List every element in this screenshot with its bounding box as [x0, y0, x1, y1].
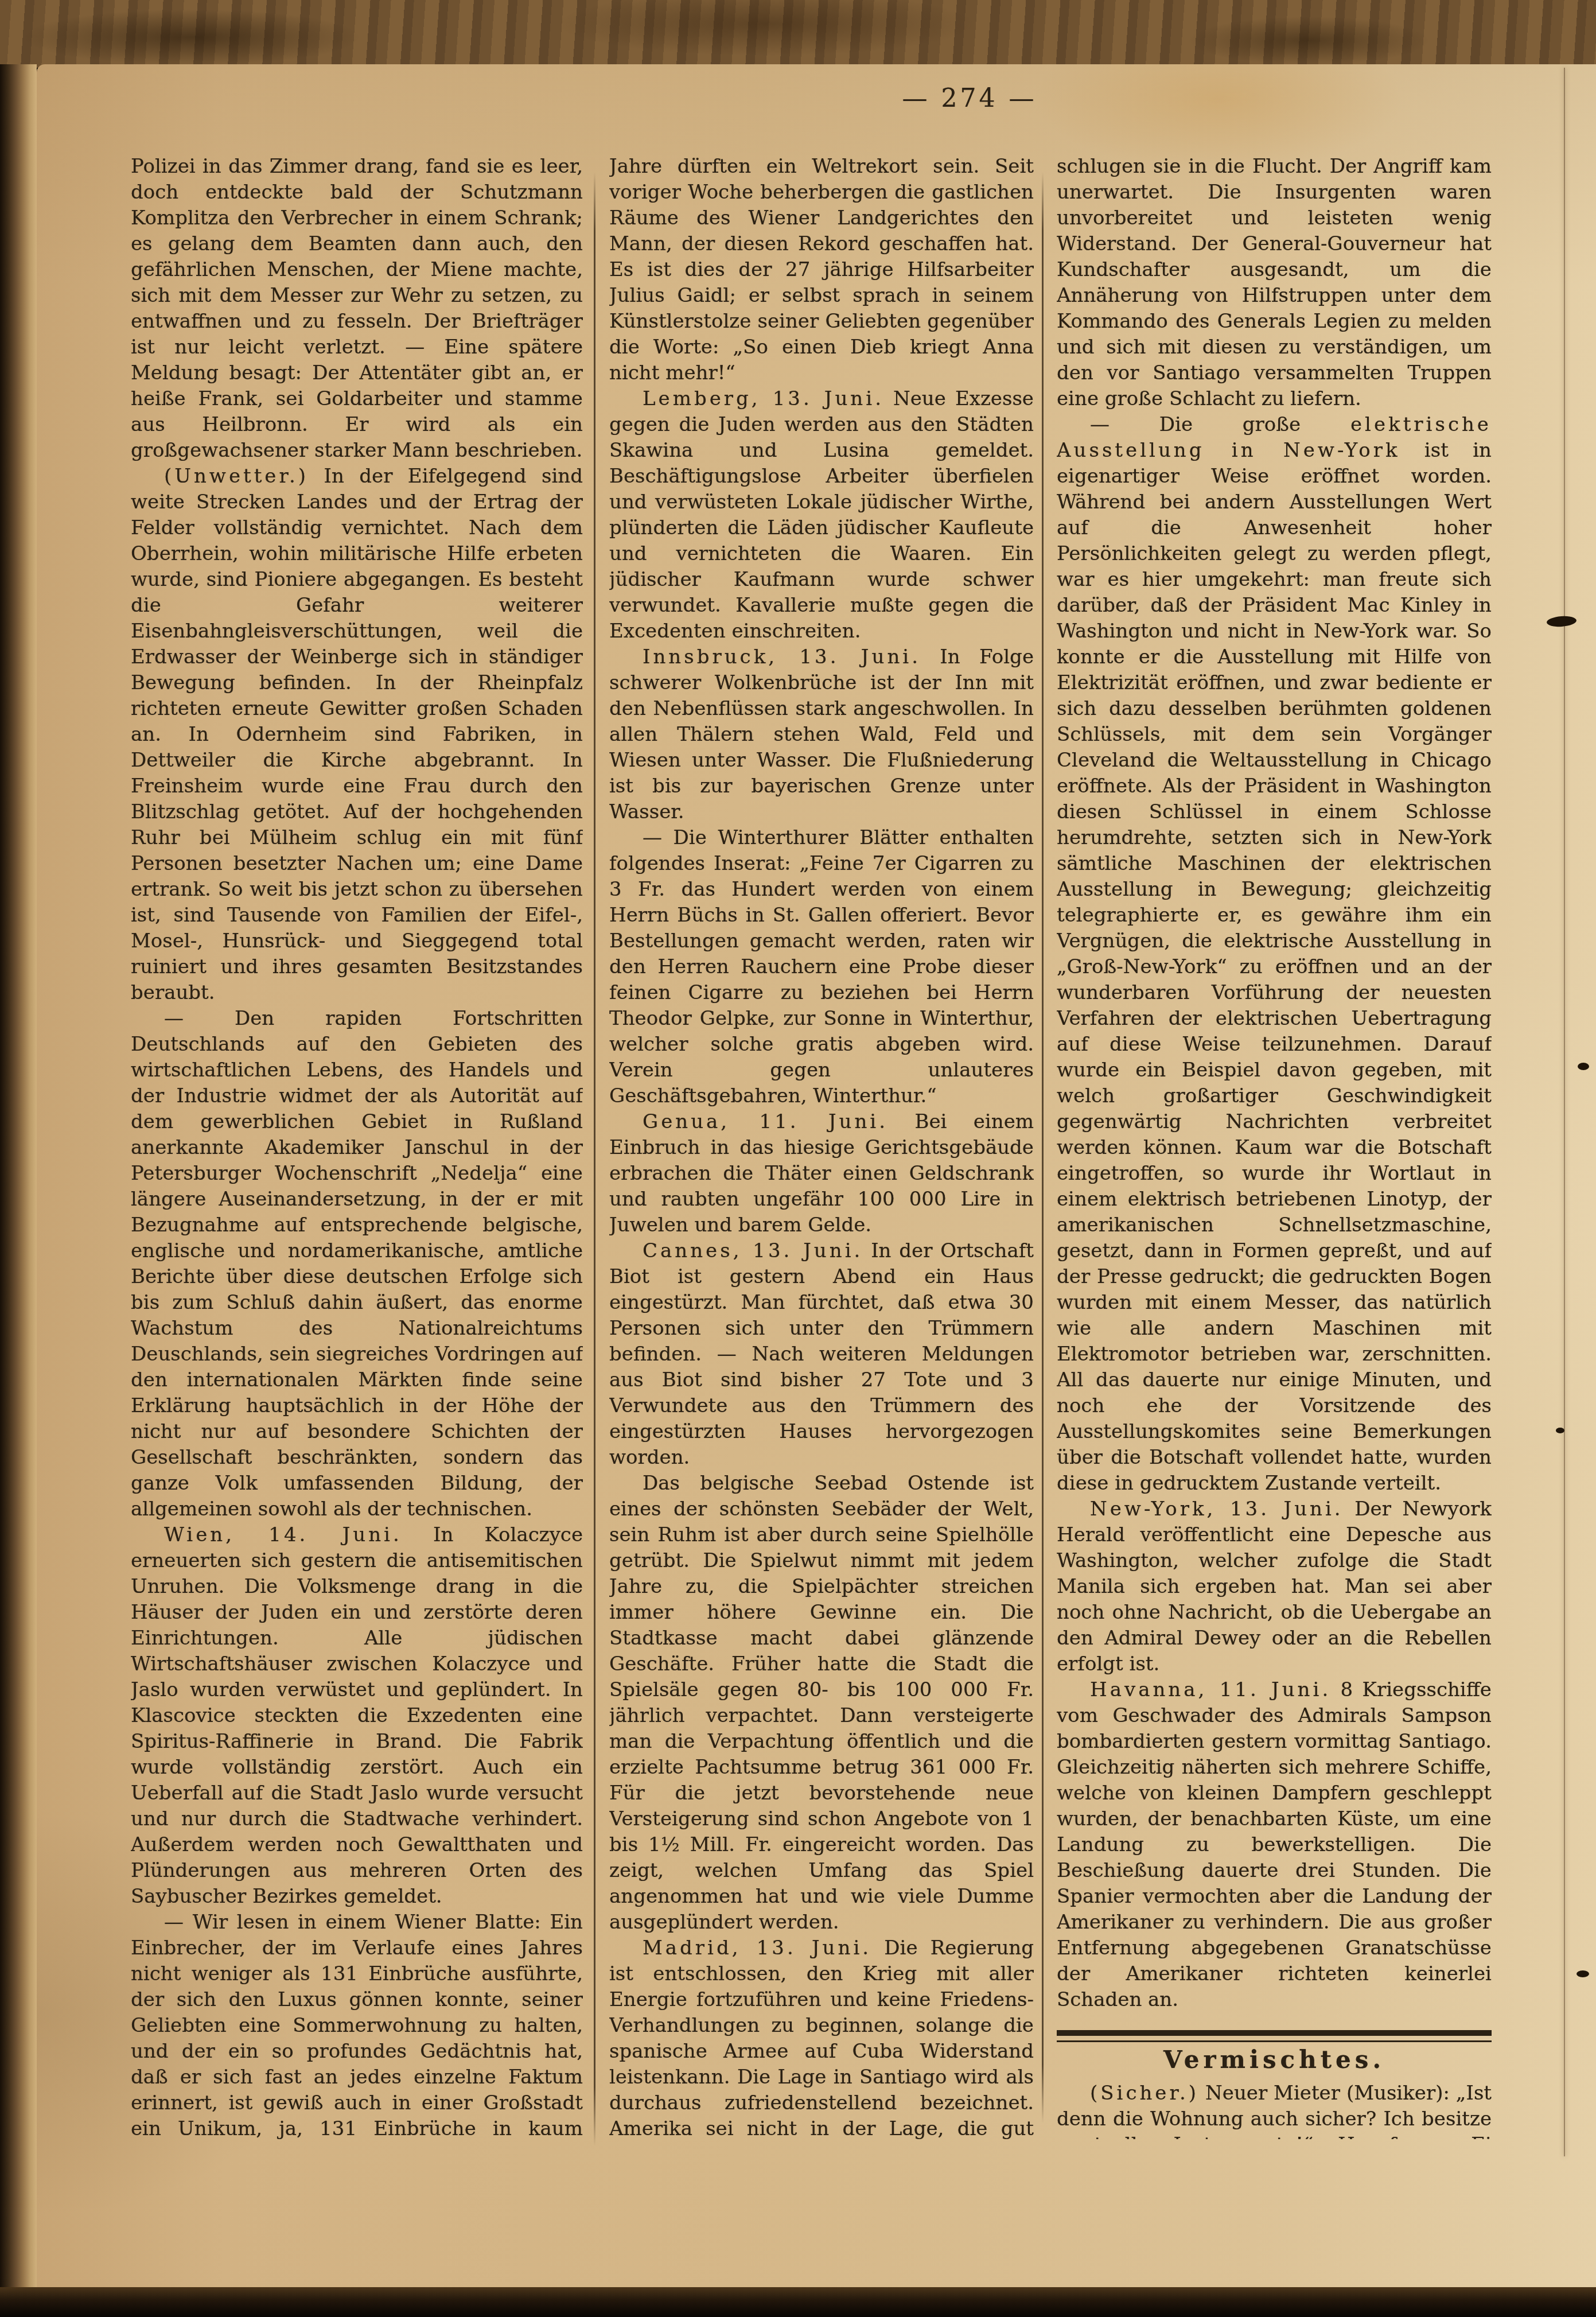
- dateline: Wien, 14. Juni.: [164, 1523, 402, 1546]
- text-run: In Folge schwerer Wolkenbrüche ist der I…: [609, 646, 1034, 823]
- newspaper-column-3: schlugen sie in die Flucht. Der Angriff …: [1057, 154, 1492, 2139]
- binding-hole: [1578, 1063, 1589, 1070]
- paragraph: Lemberg, 13. Juni. Neue Exzesse gegen di…: [609, 386, 1034, 644]
- page-number: — 274 —: [849, 84, 1090, 113]
- dateline: Havanna, 11. Juni.: [1090, 1678, 1331, 1701]
- newspaper-column-1: Polizei in das Zimmer drang, fand sie es…: [131, 154, 583, 2139]
- section-heading: Vermischtes.: [1057, 2047, 1492, 2073]
- dateline: New-York, 13. Juni.: [1090, 1498, 1344, 1521]
- photo-bottom-edge: [0, 2287, 1596, 2317]
- text-run: — Die große: [1090, 413, 1350, 436]
- text-run: In Kolaczyce erneuerten sich gestern die…: [131, 1523, 583, 1908]
- paragraph: Das belgische Seebad Ostende ist eines d…: [609, 1471, 1034, 1935]
- page-crease: [1564, 68, 1565, 2156]
- paragraph: Madrid, 13. Juni. Die Regierung ist ents…: [609, 1935, 1034, 2139]
- paragraph: Cannes, 13. Juni. In der Ortschaft Biot …: [609, 1238, 1034, 1471]
- text-run: Neue Exzesse gegen die Juden werden aus …: [609, 387, 1034, 643]
- text-run: — Wir lesen in einem Wiener Blatte: Ein …: [131, 1911, 583, 2139]
- column-divider-rule: [594, 172, 595, 2146]
- newspaper-column-2: Jahre dürften ein Weltrekort sein. Seit …: [609, 154, 1034, 2139]
- text-run: Jahre dürften ein Weltrekort sein. Seit …: [609, 155, 1034, 384]
- paragraph: schlugen sie in die Flucht. Der Angriff …: [1057, 154, 1492, 412]
- dateline: (Unwetter.): [164, 465, 309, 488]
- section-divider-rule: [1057, 2030, 1492, 2042]
- paragraph: Havanna, 11. Juni. 8 Kriegsschiffe vom G…: [1057, 1677, 1492, 2013]
- text-run: 8 Kriegsschiffe vom Geschwader des Admir…: [1057, 1678, 1492, 2011]
- paragraph: (Unwetter.) In der Eifelgegend sind weit…: [131, 464, 583, 1006]
- paragraph: Jahre dürften ein Weltrekort sein. Seit …: [609, 154, 1034, 386]
- dateline: (Sicher.): [1090, 2082, 1199, 2105]
- page-edge-stack: [0, 64, 37, 2287]
- text-run: — Die Winterthurer Blätter enthalten fol…: [609, 826, 1034, 1107]
- text-run: schlugen sie in die Flucht. Der Angriff …: [1057, 155, 1492, 410]
- text-run: ist in eigenartiger Weise eröffnet worde…: [1057, 439, 1492, 1495]
- dateline: Cannes, 13. Juni.: [643, 1239, 863, 1262]
- dateline: Innsbruck, 13. Juni.: [643, 646, 921, 668]
- paragraph: New-York, 13. Juni. Der Newyork Herald v…: [1057, 1496, 1492, 1677]
- text-run: Das belgische Seebad Ostende ist eines d…: [609, 1472, 1034, 1934]
- dateline: Lemberg, 13. Juni.: [643, 387, 884, 410]
- paragraph: — Den rapiden Fortschritten Deutschlands…: [131, 1006, 583, 1522]
- column-divider-rule: [1042, 172, 1044, 2123]
- text-run: — Den rapiden Fortschritten Deutschlands…: [131, 1007, 583, 1521]
- text-run: In der Ortschaft Biot ist gestern Abend …: [609, 1239, 1034, 1469]
- binding-hole: [1576, 1970, 1589, 1977]
- paragraph: Wien, 14. Juni. In Kolaczyce erneuerten …: [131, 1522, 583, 1910]
- text-run: In der Eifelgegend sind weite Strecken L…: [131, 465, 583, 1004]
- paragraph: (Sicher.) Neuer Mieter (Musiker): „Ist d…: [1057, 2081, 1492, 2139]
- paragraph: — Wir lesen in einem Wiener Blatte: Ein …: [131, 1910, 583, 2139]
- paragraph: — Die große elektrische Ausstellung in N…: [1057, 412, 1492, 1496]
- paragraph: Innsbruck, 13. Juni. In Folge schwerer W…: [609, 644, 1034, 825]
- paragraph: — Die Winterthurer Blätter enthalten fol…: [609, 825, 1034, 1109]
- paragraph: Polizei in das Zimmer drang, fand sie es…: [131, 154, 583, 464]
- text-run: Der Newyork Herald veröffentlicht eine D…: [1057, 1498, 1492, 1675]
- dateline: Madrid, 13. Juni.: [643, 1937, 871, 1960]
- text-run: Polizei in das Zimmer drang, fand sie es…: [131, 155, 583, 462]
- dateline: Genua, 11. Juni.: [643, 1110, 888, 1133]
- paragraph: Genua, 11. Juni. Bei einem Einbruch in d…: [609, 1109, 1034, 1238]
- binding-hole: [1556, 1428, 1564, 1433]
- book-binding-edge: [0, 0, 1596, 68]
- text-run: Die Regierung ist entschlossen, den Krie…: [609, 1937, 1034, 2139]
